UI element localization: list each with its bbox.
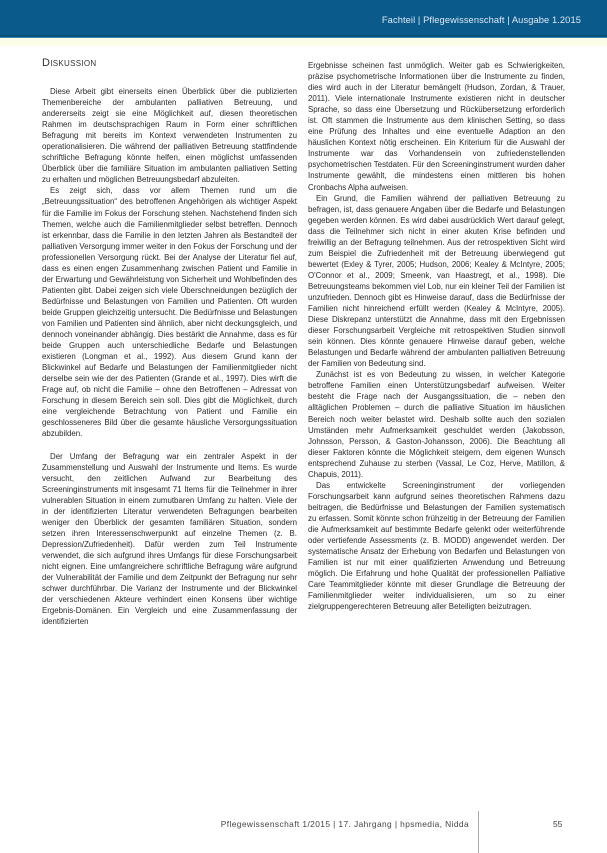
running-header-title: Fachteil | Pflegewissenschaft | Ausgabe … — [382, 15, 581, 25]
left-column: Diese Arbeit gibt einerseits einen Überb… — [42, 86, 297, 627]
paragraph: Zunächst ist es von Bedeutung zu wissen,… — [308, 369, 565, 479]
paragraph: Es zeigt sich, dass vor allem Themen run… — [42, 185, 297, 439]
paragraph: Diese Arbeit gibt einerseits einen Überb… — [42, 86, 297, 185]
paragraph: Das entwickelte Screeninginstrument der … — [308, 480, 565, 613]
paragraph: Ergebnisse scheinen fast unmöglich. Weit… — [308, 60, 565, 193]
right-column: Ergebnisse scheinen fast unmöglich. Weit… — [308, 60, 565, 612]
footer-divider — [478, 811, 479, 853]
page-number: 55 — [553, 819, 562, 829]
header-cream-strip — [0, 38, 607, 46]
footer-citation: Pflegewissenschaft 1/2015 | 17. Jahrgang… — [221, 819, 469, 829]
paragraph: Der Umfang der Befragung war ein zentral… — [42, 451, 297, 628]
paragraph: Ein Grund, die Familien während der pall… — [308, 193, 565, 370]
running-header-band: Fachteil | Pflegewissenschaft | Ausgabe … — [0, 0, 607, 35]
section-title: Diskussion — [42, 57, 97, 69]
